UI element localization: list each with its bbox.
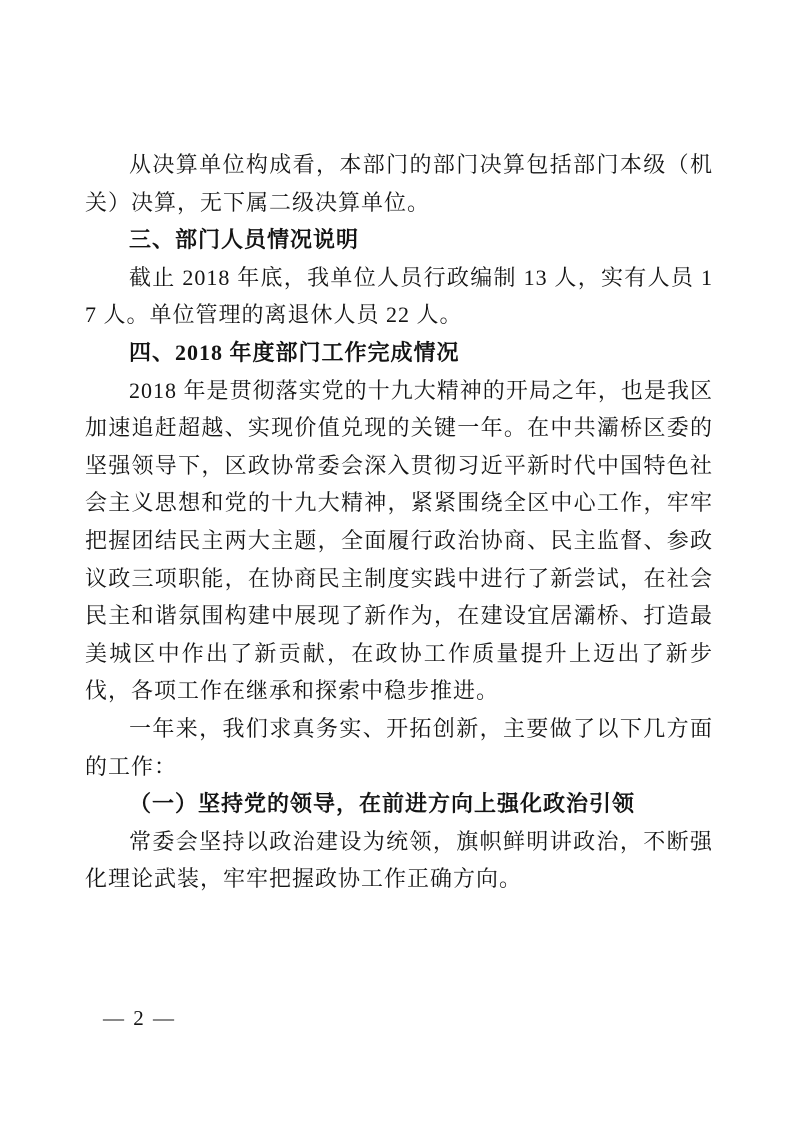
paragraph-budget-unit-structure: 从决算单位构成看，本部门的部门决算包括部门本级（机关）决算，无下属二级决算单位。	[85, 146, 713, 221]
section-heading-personnel: 三、部门人员情况说明	[85, 221, 713, 259]
page-number: — 2 —	[103, 1006, 176, 1031]
paragraph-2018-overview: 2018 年是贯彻落实党的十九大精神的开局之年，也是我区加速追赶超越、实现价值兑…	[85, 372, 713, 710]
section-heading-2018-work: 四、2018 年度部门工作完成情况	[85, 334, 713, 372]
document-body: 从决算单位构成看，本部门的部门决算包括部门本级（机关）决算，无下属二级决算单位。…	[85, 146, 713, 898]
document-page: 从决算单位构成看，本部门的部门决算包括部门本级（机关）决算，无下属二级决算单位。…	[0, 0, 793, 1122]
paragraph-work-intro: 一年来，我们求真务实、开拓创新，主要做了以下几方面的工作：	[85, 710, 713, 785]
paragraph-party-leadership-detail: 常委会坚持以政治建设为统领，旗帜鲜明讲政治，不断强化理论武装，牢牢把握政协工作正…	[85, 823, 713, 898]
paragraph-personnel-counts: 截止 2018 年底，我单位人员行政编制 13 人，实有人员 17 人。单位管理…	[85, 259, 713, 334]
subsection-heading-party-leadership: （一）坚持党的领导，在前进方向上强化政治引领	[85, 785, 713, 823]
